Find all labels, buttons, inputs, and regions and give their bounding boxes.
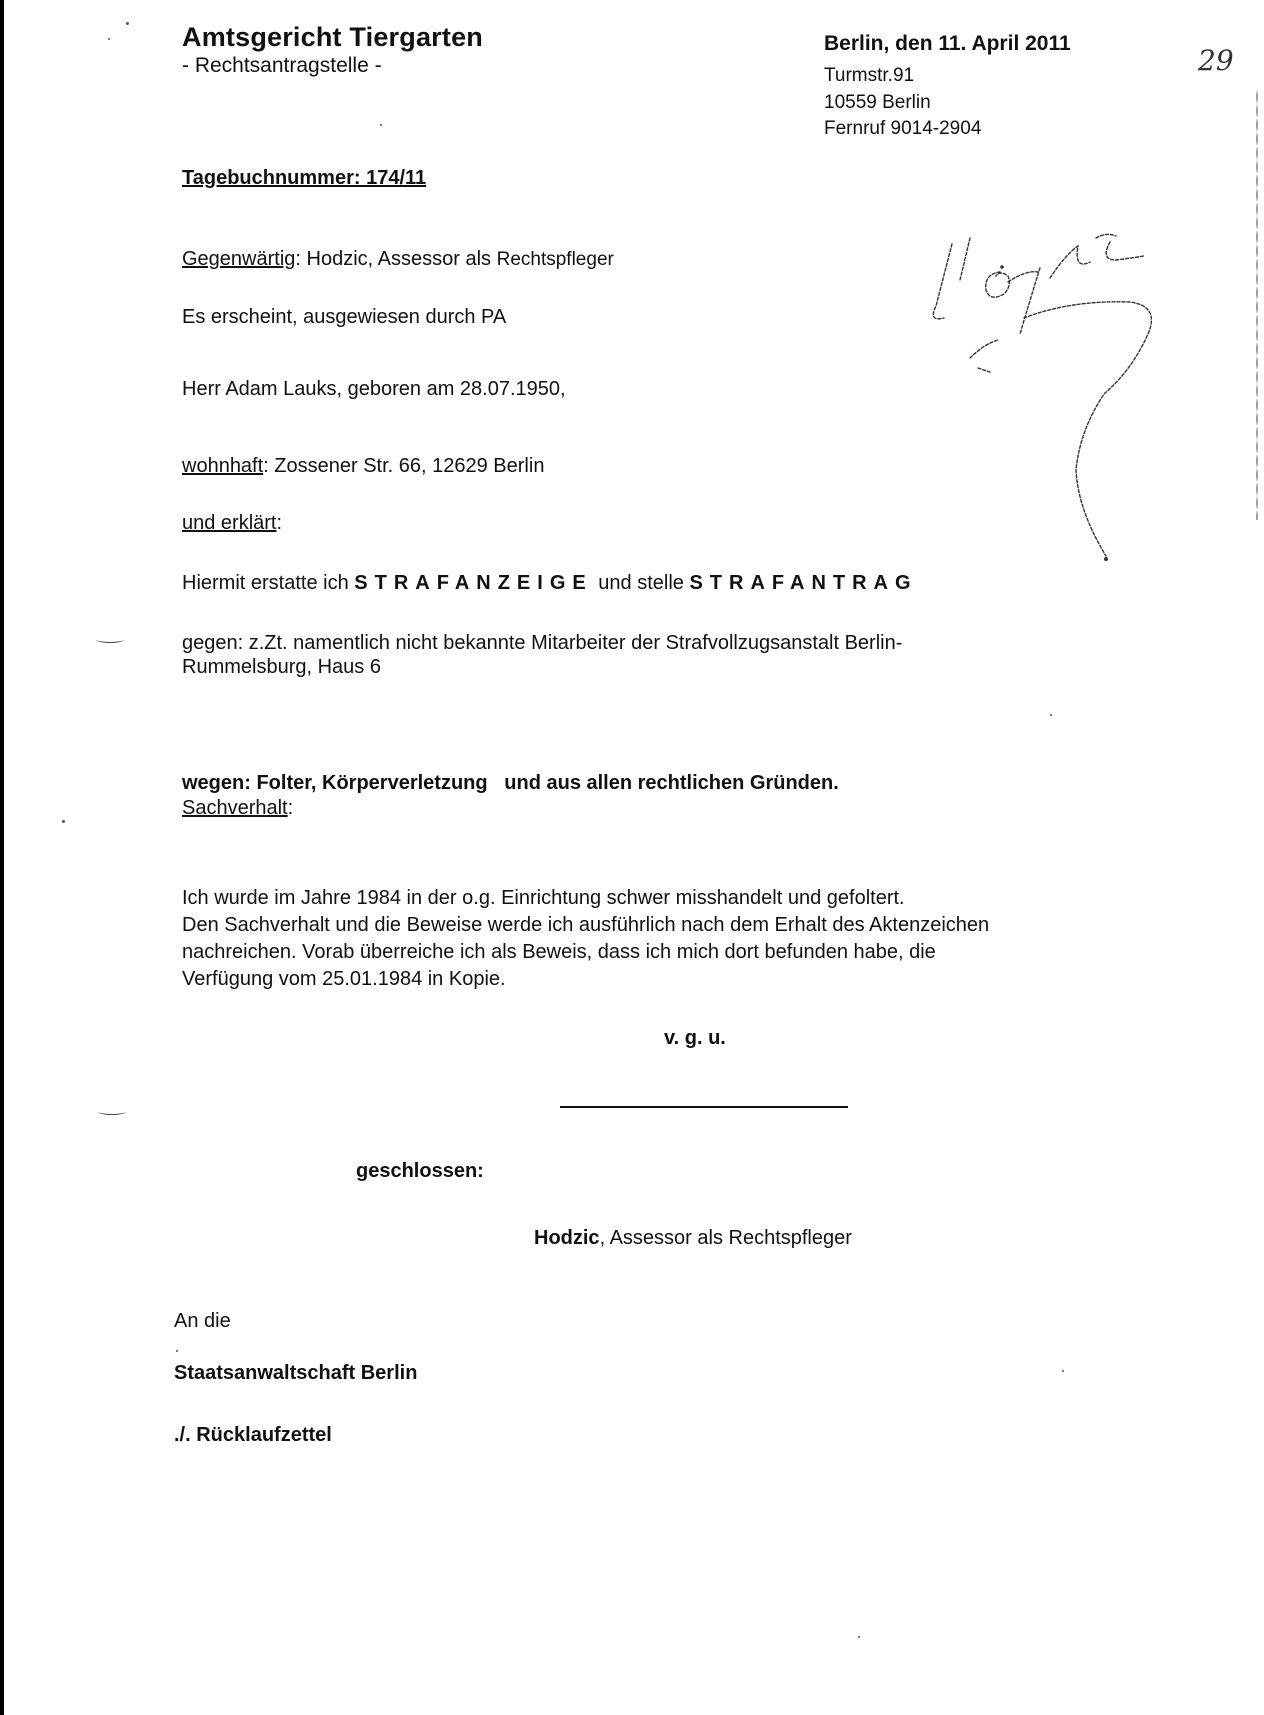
against-line-1: gegen: z.Zt. namentlich nicht bekannte M… [182,632,902,655]
facts-label: Sachverhalt [182,797,288,819]
address-city: 10559 Berlin [824,92,931,114]
enclosure-note: ./. Rücklaufzettel [174,1424,332,1447]
residence-line: wohnhaft: Zossener Str. 66, 12629 Berlin [182,455,544,478]
scan-left-border [0,0,4,1715]
margin-punch-mark [98,1108,126,1115]
present-line: Gegenwärtig: Hodzic, Assessor als Rechts… [182,248,614,271]
diary-number: Tagebuchnummer: 174/11 [182,167,426,190]
charges-line: wegen: Folter, Körperverletzung und aus … [182,772,839,795]
handwritten-kopie-annotation [900,210,1160,570]
officer-line: Hodzic, Assessor als Rechtspfleger [534,1227,852,1250]
signature-line [560,1106,848,1108]
recipient-name: Staatsanwaltschaft Berlin [174,1362,417,1385]
declares-suffix: : [277,512,283,534]
scan-speck [62,820,65,823]
scan-speck [1050,714,1052,716]
report-prefix: Hiermit erstatte ich [182,572,354,594]
scan-edge-noise [1256,90,1258,520]
present-role: Rechtspfleger [497,249,614,270]
recipient-to-label: An die [174,1310,231,1333]
address-street: Turmstr.91 [824,65,914,87]
facts-paragraph-line: nachreichen. Vorab überreiche ich als Be… [182,941,936,964]
facts-suffix: : [288,797,294,819]
against-line-2: Rummelsburg, Haus 6 [182,656,381,679]
appears-line: Es erscheint, ausgewiesen durch PA [182,306,506,329]
facts-paragraph-line: Verfügung vom 25.01.1984 in Kopie. [182,968,506,991]
report-middle: und stelle [598,572,689,594]
scan-speck [176,1350,178,1352]
scan-speck [126,22,129,25]
court-department: - Rechtsantragstelle - [182,54,382,78]
vgu-mark: v. g. u. [664,1027,726,1050]
report-term-motion: STRAFANTRAG [689,572,917,594]
facts-paragraph-line: Ich wurde im Jahre 1984 in der o.g. Einr… [182,887,905,910]
scan-speck [108,38,110,40]
present-separator: : [295,248,306,270]
person-line: Herr Adam Lauks, geboren am 28.07.1950, [182,378,566,401]
phone-number: Fernruf 9014-2904 [824,118,981,140]
scan-speck [1062,1370,1064,1372]
present-label: Gegenwärtig [182,248,295,270]
residence-label: wohnhaft [182,455,263,477]
facts-paragraph-line: Den Sachverhalt und die Beweise werde ic… [182,914,989,937]
present-name: Hodzic, Assessor als [307,248,497,270]
handwritten-page-number: 29 [1198,44,1234,77]
report-term-complaint: STRAFANZEIGE [354,572,592,594]
court-name: Amtsgericht Tiergarten [182,22,483,53]
declares-label: und erklärt [182,512,277,534]
residence-value: : Zossener Str. 66, 12629 Berlin [263,455,544,477]
closed-label: geschlossen: [356,1160,484,1183]
scan-speck [380,124,382,126]
officer-name: Hodzic [534,1227,600,1249]
margin-punch-mark [96,636,124,643]
report-line: Hiermit erstatte ich STRAFANZEIGE und st… [182,572,918,595]
place-date: Berlin, den 11. April 2011 [824,32,1071,56]
officer-title: , Assessor als Rechtspfleger [600,1227,852,1249]
facts-label-line: Sachverhalt: [182,797,293,820]
scan-speck [858,1636,860,1638]
declares-line: und erklärt: [182,512,282,535]
